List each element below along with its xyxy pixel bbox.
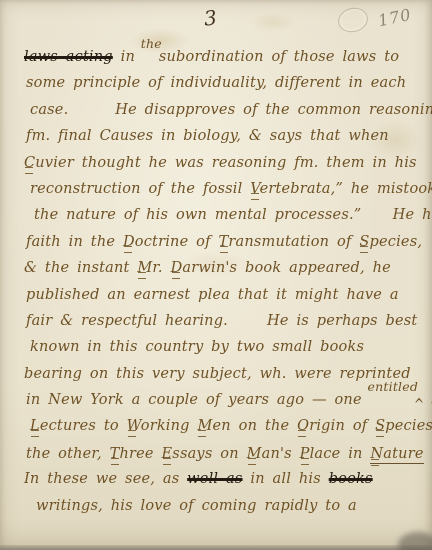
manuscript-line: case. He disapproves of the common reaso…: [30, 97, 426, 123]
embossed-seal-icon: [336, 5, 371, 36]
manuscript-line: published an earnest plea that it might …: [26, 282, 426, 308]
handwritten-text: some principle of individuality, differe…: [26, 75, 406, 91]
struck-text: books: [329, 471, 373, 487]
handwritten-text: Species: [359, 234, 417, 250]
paper-stain: [250, 12, 296, 32]
handwritten-text: Man's: [247, 446, 292, 462]
handwritten-text: in all his: [243, 471, 329, 487]
handwritten-text: Species: [375, 418, 432, 434]
handwritten-text: Doctrine: [123, 234, 188, 250]
handwritten-text: Vertebrata: [250, 181, 330, 197]
handwritten-text: on: [212, 446, 246, 462]
handwritten-text: fm. final Causes in biology, & says that…: [26, 128, 389, 144]
handwritten-text: the nature of his own mental processes.”…: [34, 207, 432, 223]
handwritten-text: Origin: [297, 418, 345, 434]
scan-edge: [0, 545, 432, 550]
handwritten-text: ,” he mistook: [331, 181, 432, 197]
inserted-text: the: [141, 39, 162, 49]
manuscript-line: bearing on this very subject, wh. were r…: [24, 361, 426, 387]
manuscript-line: faith in the Doctrine of Transmutation o…: [26, 229, 426, 255]
handwritten-text: writings, his love of coming rapidly to …: [36, 498, 357, 514]
handwritten-text: ,: [417, 234, 422, 250]
manuscript-line: known in this country by two small books: [30, 334, 426, 360]
handwritten-text: Essays: [162, 446, 213, 462]
manuscript-line: fm. final Causes in biology, & says that…: [26, 123, 426, 149]
handwritten-text: Transmutation: [219, 234, 330, 250]
handwritten-text: subordination of those laws to: [159, 49, 399, 65]
handwritten-text: Three: [110, 446, 154, 462]
folio-number: 170: [377, 5, 414, 31]
page-number: 3: [203, 5, 218, 30]
handwritten-text: in: [113, 49, 143, 65]
handwritten-text: known in this country by two small books: [30, 339, 364, 355]
inserted-text: entitled: [368, 382, 419, 392]
manuscript-line: the nature of his own mental processes.”…: [34, 202, 426, 228]
manuscript-page: 3 170 laws acting in thesubordination of…: [0, 0, 432, 550]
handwritten-text: In these we see, as: [24, 471, 187, 487]
manuscript-line: Cuvier thought he was reasoning fm. them…: [24, 150, 426, 176]
handwritten-text: reconstruction of the fossil: [30, 181, 250, 197]
manuscript-text: laws acting in thesubordination of those…: [26, 44, 426, 519]
manuscript-line: reconstruction of the fossil Vertebrata,…: [30, 176, 426, 202]
handwritten-text: Nature: [370, 446, 423, 464]
insertion-mark-icon: ✗: [424, 443, 432, 463]
handwritten-text: of: [188, 234, 218, 250]
handwritten-text: Men: [197, 418, 230, 434]
handwritten-text: Lectures: [30, 418, 96, 434]
manuscript-line: & the instant Mr. Darwin's book appeared…: [24, 255, 426, 281]
handwritten-text: Cuvier: [24, 155, 74, 171]
handwritten-text: of: [329, 234, 359, 250]
handwritten-text: in: [340, 446, 370, 462]
handwritten-text: fair & respectful hearing. He is perhaps…: [26, 313, 417, 329]
handwritten-text: in New York a couple of years ago — one: [26, 392, 370, 408]
manuscript-line: laws acting in thesubordination of those…: [24, 44, 426, 70]
manuscript-line: the other, Three Essays on Man's Place i…: [26, 440, 426, 466]
manuscript-line: in New York a couple of years ago — one …: [26, 387, 426, 413]
handwritten-text: & the instant: [24, 260, 137, 276]
handwritten-text: [154, 446, 162, 462]
handwritten-text: Darwin's: [171, 260, 238, 276]
handwritten-text: Place: [300, 446, 341, 462]
handwritten-text: on the: [231, 418, 297, 434]
struck-text: laws acting: [24, 49, 113, 65]
struck-text: well as: [187, 471, 242, 487]
manuscript-line: fair & respectful hearing. He is perhaps…: [26, 308, 426, 334]
handwritten-text: to: [96, 418, 127, 434]
handwritten-text: thought he was reasoning fm. them in his: [74, 155, 417, 171]
handwritten-text: [292, 446, 300, 462]
manuscript-line: In these we see, as well as in all his b…: [24, 466, 426, 492]
handwritten-text: book appeared, he: [237, 260, 391, 276]
handwritten-text: Mr.: [137, 260, 162, 276]
handwritten-text: of: [345, 418, 375, 434]
handwritten-text: the other,: [26, 446, 110, 462]
scan-corner-shadow: [398, 532, 432, 550]
handwritten-text: published an earnest plea that it might …: [26, 287, 399, 303]
handwritten-text: Working: [127, 418, 190, 434]
handwritten-text: [163, 260, 171, 276]
manuscript-line: Lectures to Working Men on the Origin of…: [30, 413, 426, 439]
handwritten-text: case. He disapproves of the common reaso…: [30, 102, 432, 118]
handwritten-text: [423, 392, 431, 408]
handwritten-text: bearing on this very subject, wh. were r…: [24, 366, 411, 382]
manuscript-line: some principle of individuality, differe…: [26, 70, 426, 96]
handwritten-text: faith in the: [26, 234, 123, 250]
manuscript-line: writings, his love of coming rapidly to …: [36, 493, 426, 519]
